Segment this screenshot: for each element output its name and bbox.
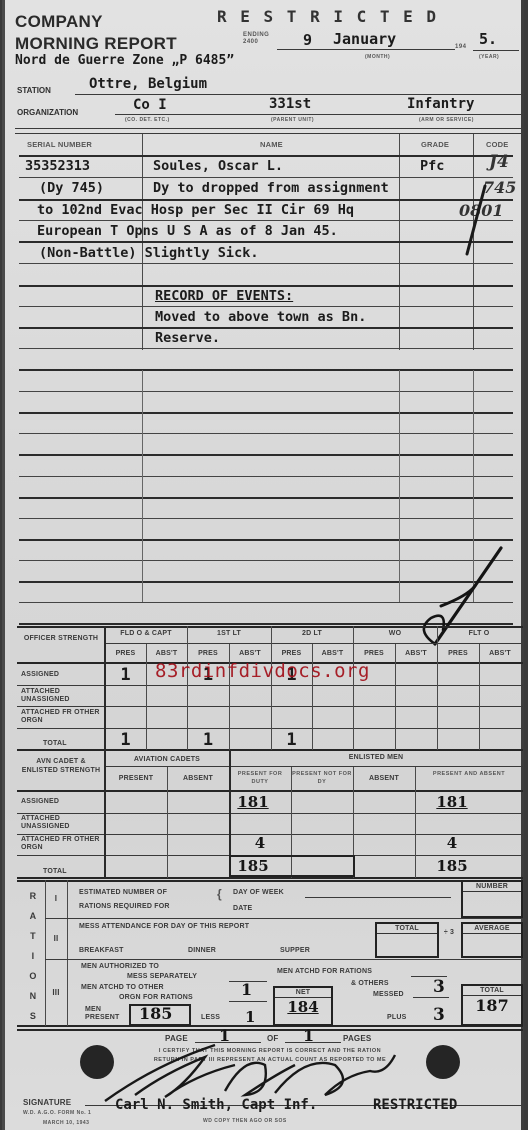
row-line bbox=[19, 263, 513, 264]
row-label-assigned: ASSIGNED bbox=[21, 671, 59, 678]
signature-label: SIGNATURE bbox=[23, 1098, 71, 1107]
handwritten-stroke-icon bbox=[445, 180, 505, 260]
date-underline bbox=[277, 49, 455, 50]
subcol-pres: PRES bbox=[353, 650, 395, 657]
estimated-rations-label-2: RATIONS REQUIRED FOR bbox=[79, 903, 170, 910]
rations-top-border bbox=[17, 880, 523, 882]
group-2d-lt: 2D LT bbox=[271, 630, 353, 637]
row-line bbox=[19, 348, 513, 349]
row-label-total: TOTAL bbox=[43, 868, 67, 875]
col-divider bbox=[437, 626, 438, 750]
divider bbox=[15, 133, 521, 134]
row-line bbox=[17, 813, 523, 814]
men-atchd-other-label-2: ORGN FOR RATIONS bbox=[119, 994, 193, 1001]
row-line bbox=[19, 369, 513, 371]
attached-present-for-duty: 4 bbox=[229, 834, 291, 852]
supersedes-note: WD COPY THEN AGO OR SOS bbox=[203, 1118, 287, 1124]
net-value: 184 bbox=[275, 998, 331, 1016]
group-aviation-cadets: AVIATION CADETS bbox=[105, 756, 229, 763]
rations-section-divider bbox=[45, 959, 523, 960]
col-present-and-absent: PRESENT AND ABSENT bbox=[415, 770, 523, 778]
record-of-events-line-1: Moved to above town as Bn. bbox=[155, 309, 366, 325]
row-label-assigned: ASSIGNED bbox=[21, 798, 59, 805]
total-present-and-absent: 185 bbox=[415, 857, 489, 875]
group-enlisted-men: ENLISTED MEN bbox=[229, 754, 523, 761]
subcol-pres: PRES bbox=[271, 650, 312, 657]
row-line bbox=[19, 412, 513, 414]
org-arm-service: Infantry bbox=[407, 96, 474, 112]
form-title-company: COMPANY bbox=[15, 12, 103, 32]
men-atchd-other-value: 1 bbox=[241, 980, 252, 999]
org-arm-caption: (ARM OR SERVICE) bbox=[419, 117, 474, 123]
subcol-pres: PRES bbox=[187, 650, 229, 657]
men-authorized-label-1: MEN AUTHORIZED TO bbox=[81, 963, 159, 970]
col-present-not-for-duty: PRESENT NOT FOR DY bbox=[291, 770, 353, 786]
plus-label: PLUS bbox=[387, 1014, 406, 1021]
form-title-morning-report: MORNING REPORT bbox=[15, 34, 177, 54]
station-underline bbox=[75, 94, 521, 95]
day-of-week-label: DAY OF WEEK bbox=[233, 889, 284, 896]
date-month: January bbox=[333, 30, 396, 48]
row-line bbox=[17, 728, 523, 729]
col-divider-lower bbox=[142, 370, 143, 602]
number-label: NUMBER bbox=[463, 882, 521, 892]
atchd-other-field[interactable] bbox=[229, 1001, 267, 1002]
fld-capt-assigned-pres: 1 bbox=[105, 665, 146, 685]
col-present-for-duty: PRESENT FOR DUTY bbox=[229, 770, 291, 786]
row-label-attached-unassigned: ATTACHED UNASSIGNED bbox=[21, 688, 101, 704]
station-value: Ottre, Belgium bbox=[89, 76, 207, 92]
average-box: AVERAGE bbox=[461, 922, 523, 958]
remark-line-2: to 102nd Evac Hosp per Sec II Cir 69 Hq bbox=[37, 202, 354, 218]
rations-bottom-border bbox=[17, 1025, 523, 1027]
subcol-abst: ABS'T bbox=[146, 650, 187, 657]
total-present-for-duty: 185 bbox=[229, 857, 277, 875]
subcol-pres: PRES bbox=[105, 650, 146, 657]
subcol-abst: ABS'T bbox=[312, 650, 353, 657]
less-value: 1 bbox=[245, 1008, 255, 1026]
assigned-present-and-absent: 181 bbox=[415, 793, 489, 811]
section-iii-numeral: III bbox=[45, 988, 67, 997]
form-date: MARCH 10, 1943 bbox=[43, 1120, 89, 1126]
subcol-pres: PRES bbox=[437, 650, 479, 657]
men-present-value: 185 bbox=[139, 1004, 172, 1023]
header-bottom-border bbox=[17, 790, 523, 792]
signer-name: Carl N. Smith, Capt Inf. bbox=[115, 1097, 317, 1113]
rations-total-value: 187 bbox=[463, 996, 521, 1015]
col-name: NAME bbox=[260, 140, 283, 149]
footer-top-border bbox=[17, 1029, 523, 1031]
year-prefix: 194 bbox=[455, 44, 467, 50]
subcol-abst: ABS'T bbox=[479, 650, 521, 657]
dinner-label: DINNER bbox=[188, 947, 216, 954]
row-label-attached-fr-other-orgn: ATTACHED FR OTHER ORGN bbox=[21, 709, 101, 725]
men-atchd-other-label-1: MEN ATCHD TO OTHER bbox=[81, 984, 164, 991]
net-label: NET bbox=[275, 988, 331, 998]
row-line bbox=[17, 706, 523, 707]
fld-capt-total-pres: 1 bbox=[105, 730, 146, 750]
duty-code-note: (Dy 745) bbox=[39, 180, 104, 196]
col-divider bbox=[146, 644, 147, 750]
attached-present-and-absent: 4 bbox=[415, 834, 489, 852]
form-id: W.D. A.G.O. FORM No. 1 bbox=[23, 1110, 91, 1116]
men-present-label: MEN PRESENT bbox=[85, 1006, 115, 1022]
date-label: DATE bbox=[233, 905, 252, 912]
rations-side-label: R A T I O N S bbox=[25, 886, 41, 1026]
row-line bbox=[17, 685, 523, 686]
soldier-name: Soules, Oscar L. bbox=[153, 158, 283, 174]
code-value: J4 bbox=[489, 152, 509, 172]
col-divider bbox=[104, 750, 106, 878]
others-messed-field[interactable] bbox=[413, 997, 449, 998]
group-flt-o: FLT O bbox=[437, 630, 521, 637]
row-line bbox=[19, 433, 513, 434]
col-divider bbox=[167, 767, 168, 878]
enlisted-strength-title: AVN CADET & ENLISTED STRENGTH bbox=[19, 757, 103, 775]
soldier-grade: Pfc bbox=[420, 158, 444, 174]
table-bottom-border bbox=[17, 749, 523, 751]
bottom-classification: RESTRICTED bbox=[373, 1097, 457, 1113]
org-company: Co I bbox=[133, 97, 167, 113]
org-parent-caption: (PARENT UNIT) bbox=[271, 117, 314, 123]
col-divider bbox=[395, 644, 396, 750]
watermark-83rdinfdivdocs: 83rdinfdivdocs.org bbox=[155, 660, 370, 682]
group-1st-lt: 1ST LT bbox=[187, 630, 271, 637]
record-of-events-line-2: Reserve. bbox=[155, 330, 220, 346]
others-messed-label-2: MESSED bbox=[373, 991, 404, 998]
subcol-abst: ABS'T bbox=[395, 650, 437, 657]
row-label-attached-fr-other-orgn: ATTACHED FR OTHER ORGN bbox=[21, 836, 101, 852]
estimated-rations-label-1: ESTIMATED NUMBER OF bbox=[79, 889, 167, 896]
col-serial-number: SERIAL NUMBER bbox=[27, 140, 92, 149]
section-i-numeral: I bbox=[45, 894, 67, 903]
ending-label: ENDING 2400 bbox=[243, 32, 273, 46]
col-code: CODE bbox=[486, 140, 508, 149]
1st-lt-total-pres: 1 bbox=[187, 730, 229, 750]
net-box: NET 184 bbox=[273, 986, 333, 1026]
row-line bbox=[19, 391, 513, 392]
table-bottom-border bbox=[17, 877, 523, 879]
classification-restricted: R E S T R I C T E D bbox=[217, 7, 438, 26]
year-underline bbox=[473, 50, 519, 51]
2d-lt-total-pres: 1 bbox=[271, 730, 312, 750]
average-label: AVERAGE bbox=[463, 924, 521, 934]
organization-label: ORGANIZATION bbox=[17, 108, 78, 117]
row-line bbox=[19, 327, 513, 329]
row-line bbox=[19, 518, 513, 519]
group-wo: WO bbox=[353, 630, 437, 637]
location-line: Nord de Guerre Zone „P 6485” bbox=[15, 53, 234, 68]
row-label-attached-unassigned: ATTACHED UNASSIGNED bbox=[21, 815, 101, 831]
brace-icon: { bbox=[217, 887, 222, 901]
col-enlisted-absent: ABSENT bbox=[353, 775, 415, 782]
row-line bbox=[19, 155, 513, 157]
col-cadets-present: PRESENT bbox=[105, 775, 167, 782]
col-grade: GRADE bbox=[421, 140, 449, 149]
date-day: 9 bbox=[303, 31, 312, 49]
supper-label: SUPPER bbox=[280, 947, 310, 954]
row-line bbox=[19, 241, 513, 243]
col-cadets-absent: ABSENT bbox=[167, 775, 229, 782]
mess-total-label: TOTAL bbox=[377, 924, 437, 934]
number-box: NUMBER bbox=[461, 880, 523, 918]
col-divider bbox=[353, 626, 354, 750]
row-line bbox=[19, 476, 513, 477]
breakfast-label: BREAKFAST bbox=[79, 947, 124, 954]
col-divider bbox=[479, 644, 480, 750]
punch-hole-right bbox=[426, 1045, 460, 1079]
org-parent-unit: 331st bbox=[269, 96, 311, 112]
month-caption: (MONTH) bbox=[365, 54, 390, 60]
remark-line-1: Dy to dropped from assignment bbox=[153, 180, 389, 196]
others-messed-label-1: & OTHERS bbox=[351, 980, 389, 987]
rations-section-divider bbox=[45, 918, 523, 919]
row-line bbox=[19, 306, 513, 307]
signature-scribble-icon bbox=[95, 1035, 415, 1105]
plus-value: 3 bbox=[433, 1005, 445, 1025]
record-of-events-title: RECORD OF EVENTS: bbox=[155, 288, 293, 304]
group-divider bbox=[105, 643, 521, 644]
year-suffix: 5. bbox=[479, 30, 497, 48]
table-top-border bbox=[17, 626, 523, 628]
row-line bbox=[19, 220, 513, 221]
divide-by-three: ÷ 3 bbox=[443, 928, 455, 937]
row-label-total: TOTAL bbox=[43, 740, 67, 747]
assigned-present-for-duty: 181 bbox=[229, 793, 277, 811]
divider bbox=[15, 128, 521, 129]
station-label: STATION bbox=[17, 86, 51, 95]
day-of-week-field[interactable] bbox=[305, 897, 451, 898]
less-label: LESS bbox=[201, 1014, 220, 1021]
mess-attendance-title: MESS ATTENDANCE FOR DAY OF THIS REPORT bbox=[79, 923, 249, 930]
group-fld-o-capt: FLD O & CAPT bbox=[105, 630, 187, 637]
row-line bbox=[19, 285, 513, 287]
row-line bbox=[19, 199, 513, 201]
mess-total-box: TOTAL bbox=[375, 922, 439, 958]
row-line bbox=[19, 497, 513, 499]
section-ii-numeral: II bbox=[45, 934, 67, 943]
row-line bbox=[19, 177, 513, 178]
morning-report-form: COMPANY MORNING REPORT R E S T R I C T E… bbox=[2, 0, 524, 1130]
subcol-abst: ABS'T bbox=[229, 650, 271, 657]
year-caption: (YEAR) bbox=[479, 54, 499, 60]
row-line bbox=[19, 454, 513, 456]
org-underline bbox=[115, 114, 521, 115]
remark-line-4: (Non-Battle) Slightly Sick. bbox=[39, 245, 258, 261]
others-messed-value: 3 bbox=[433, 977, 445, 997]
officer-strength-title: OFFICER STRENGTH bbox=[19, 634, 103, 643]
rations-total-box: TOTAL 187 bbox=[461, 984, 523, 1026]
men-authorized-label-2: MESS SEPARATELY bbox=[127, 973, 197, 980]
rations-total-label: TOTAL bbox=[463, 986, 521, 996]
serial-number-value: 35352313 bbox=[25, 158, 90, 174]
men-atchd-for-rations-label: MEN ATCHD FOR RATIONS bbox=[277, 968, 372, 975]
remark-line-3: European T Opns U S A as of 8 Jan 45. bbox=[37, 223, 338, 239]
rations-numeral-divider bbox=[67, 880, 68, 1026]
org-company-caption: (CO. DET. ETC.) bbox=[125, 117, 170, 123]
